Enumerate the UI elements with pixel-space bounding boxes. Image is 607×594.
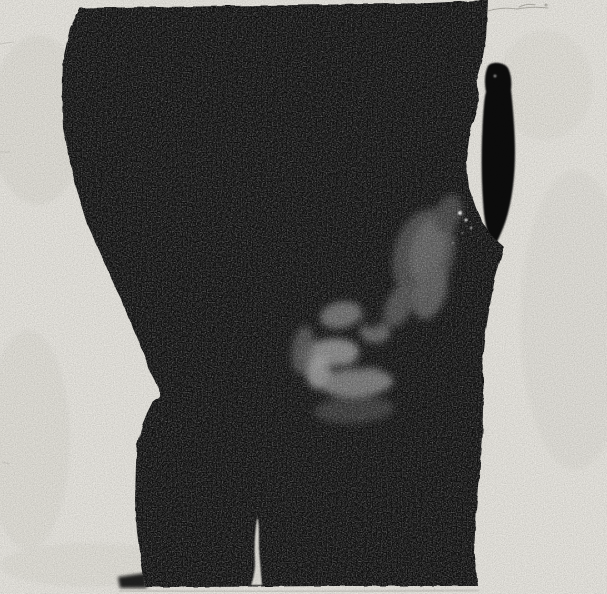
photo-canvas: [0, 0, 607, 594]
photograph: [0, 0, 607, 594]
paper-grain: [0, 0, 607, 594]
